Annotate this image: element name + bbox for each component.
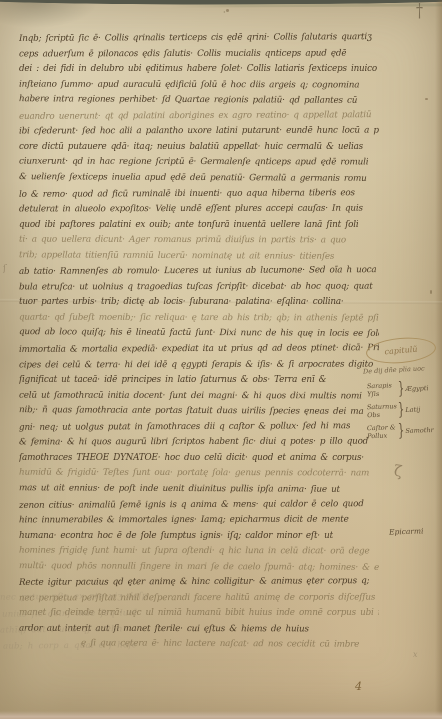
margin-notes: capitulũ De dij dñe plia uoc SarapisYſis…	[0, 0, 442, 719]
brace-icon: }	[398, 401, 405, 420]
god-entry: SarapisYſis}Ægypti	[367, 380, 442, 399]
god-names: Caſtor &Pollux	[367, 423, 398, 440]
god-name: Yſis	[367, 389, 397, 398]
circled-note-text: capitulũ	[384, 345, 418, 357]
margin-flourish: ζ	[393, 462, 404, 481]
god-names: SarapisYſis	[367, 381, 398, 398]
manuscript-page: Inqb; ſcriptū ſic ē· Collis qrinalis ter…	[0, 0, 442, 719]
quire-cross-mark: †	[416, 0, 423, 22]
god-entry: Caſtor &Pollux}Samothr	[367, 422, 442, 441]
author-note: Epicarmi	[389, 526, 424, 536]
god-name: Obs	[367, 410, 397, 419]
god-names: SaturnusObs	[367, 402, 398, 419]
god-entry: SaturnusObs}Latij	[367, 401, 442, 420]
god-name: Pollux	[367, 431, 397, 440]
brace-icon: }	[398, 380, 405, 399]
circled-chapter-note: capitulũ	[365, 335, 437, 366]
god-label: Samothr	[405, 426, 434, 435]
folio-number: 4	[355, 680, 362, 693]
god-label: Ægypti	[405, 384, 428, 393]
brace-icon: }	[398, 422, 405, 441]
margin-gloss: De dij dñe plia uoc	[363, 364, 425, 375]
top-dot: ·	[223, 8, 226, 17]
god-label: Latij	[405, 405, 420, 414]
bottom-right-mark: x	[413, 650, 418, 659]
god-list: SarapisYſis}ÆgyptiSaturnusObs}LatijCaſto…	[367, 381, 441, 444]
